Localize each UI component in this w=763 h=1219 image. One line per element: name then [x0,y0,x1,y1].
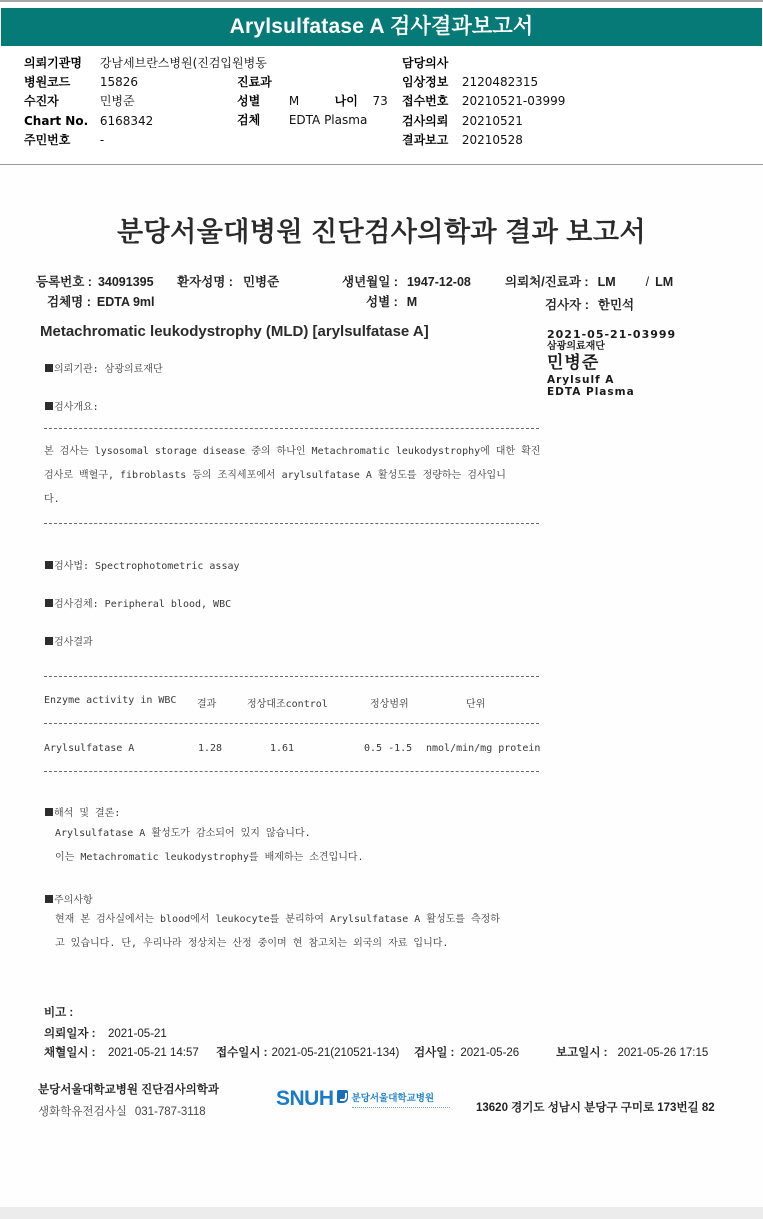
test-date: 검사일 :2021-05-26 [414,1044,519,1060]
separator: / [646,275,649,289]
line: 검사로 백혈구, fibroblasts 등의 조직세포에서 arylsulfa… [44,464,544,488]
summary-department: 진료과 [237,73,289,92]
meta-specimen: 검체명 :EDTA 9ml [47,292,155,310]
logo-subtext [352,1107,450,1109]
line: 본 검사는 lysosomal storage disease 중의 하나인 M… [44,440,544,464]
value: - [100,131,104,150]
bullet-square-icon [45,561,53,569]
phone: 031-787-3118 [135,1106,206,1118]
request-date: 의뢰일자 :2021-05-21 [44,1025,167,1041]
value: 34091395 [98,275,154,289]
label: 담당의사 [402,54,458,73]
meta-department: 의뢰처/진료과 :LM/LM [505,272,673,290]
method: 검사법: Spectrophotometric assay [45,557,240,572]
cell-control: 1.61 [270,743,294,754]
summary-chart-no: Chart No. 6168342 [24,112,153,131]
value: 2021-05-21 14:57 [108,1047,199,1059]
value: 15826 [100,73,138,92]
remarks-label: 비고 : [44,1004,73,1020]
collection-datetime: 채혈일시 :2021-05-21 14:57 [44,1044,199,1060]
snuh-logo: SNUH 분당서울대학교병원 [276,1086,450,1112]
cell-analyte: Arylsulfatase A [44,743,134,754]
label: 성별 : [366,295,398,309]
value: 20210528 [462,131,523,150]
label: 수진자 [24,92,96,111]
text: 13620 경기도 성남시 분당구 구미로 173번길 82 [476,1102,715,1114]
label: 의뢰처/진료과 : [505,275,589,289]
label: 환자성명 : [177,275,233,289]
label: 의뢰기관명 [24,54,96,73]
sticker-test: Arylsulf A [547,374,697,386]
value: EDTA Plasma [289,111,367,130]
value: 2021-05-26 [460,1047,519,1059]
bullet-square-icon [45,808,53,816]
value: 2021-05-21(210521-134) [271,1047,399,1059]
label: 비고 : [44,1007,73,1019]
value: 2021-05-21 [108,1028,167,1040]
value: 20210521-03999 [462,92,566,111]
value: 2120482315 [462,73,538,92]
value: M [289,92,331,111]
report-datetime: 보고일시 :2021-05-26 17:15 [556,1044,708,1060]
col-header: 정상대조control [247,695,328,710]
text: 분당서울대학교병원 진단검사의학과 [38,1084,219,1096]
label: 의뢰일자 : [44,1025,108,1041]
meta-patient-name: 환자성명 :민병준 [177,272,279,290]
caution-heading: 주의사항 [45,891,93,906]
summary-patient: 수진자 민병준 [24,92,135,111]
logo-text: SNUH [276,1087,334,1111]
label: 보고일시 : [556,1047,607,1059]
summary-institution: 의뢰기관명 강남세브란스병원(진검입원병동 [24,54,267,73]
label: 생년월일 : [342,275,398,289]
text: 검사검체: Peripheral blood, WBC [54,599,231,610]
value: 민병준 [100,92,135,111]
bullet-square-icon [45,895,53,903]
value: LM [655,275,673,289]
receipt-datetime: 접수일시 :2021-05-21(210521-134) [216,1044,399,1060]
text: 분당서울대학교병원 [352,1090,450,1104]
value: 1947-12-08 [407,275,471,289]
bullet-square-icon [45,364,53,372]
meta-dob: 생년월일 :1947-12-08 [342,272,471,290]
overview-heading: 검사개요: [45,398,99,413]
line: 이는 Metachromatic leukodystrophy를 배제하는 소견… [55,846,555,870]
bullet-square-icon [45,599,53,607]
summary-sex: 성별 M 나이 73 [237,92,388,111]
text: 주의사항 [54,895,93,906]
interpretation-paragraph: Arylsulfatase A 활성도가 감소되어 있지 않습니다. 이는 Me… [55,822,555,870]
meta-examiner: 검사자 :한민석 [545,295,634,313]
summary-hospital-code: 병원코드 15826 [24,73,138,92]
top-rule [0,0,763,2]
caution-paragraph: 현재 본 검사실에서는 blood에서 leukocyte를 분리하여 Aryl… [55,908,555,956]
summary-accession-no: 접수번호 20210521-03999 [402,92,565,111]
specimen-label-sticker: 2021-05-21-03999 삼광의료재단 민병준 Arylsulf A E… [547,328,697,398]
line: 다. [44,488,544,512]
dashed-divider [44,428,539,429]
logo-hospital-name: 분당서울대학교병원 [352,1090,450,1109]
lab-name: 생화학유전검사실 [38,1106,127,1118]
line: 현재 본 검사실에서는 blood에서 leukocyte를 분리하여 Aryl… [55,908,555,932]
bullet-square-icon [45,637,53,645]
label: 결과보고 [402,131,458,150]
label: 임상정보 [402,73,458,92]
label: 병원코드 [24,73,96,92]
summary-specimen: 검체 EDTA Plasma [237,111,367,130]
text: 의뢰기관: 삼광의료재단 [54,364,163,375]
sticker-accession: 2021-05-21-03999 [547,328,697,341]
label: 검체 [237,111,285,130]
bottom-band [0,1207,763,1219]
results-heading: 검사결과 [45,633,93,648]
value: 20210521 [462,112,523,131]
sample: 검사검체: Peripheral blood, WBC [45,595,231,610]
line: 고 있습니다. 단, 우리나라 정상치는 산정 중이며 현 참고치는 외국의 자… [55,932,555,956]
value: 6168342 [100,112,153,131]
sticker-patient: 민병준 [547,353,697,374]
bullet-square-icon [45,402,53,410]
label: 검사의뢰 [402,112,458,131]
footer-address: 13620 경기도 성남시 분당구 구미로 173번길 82 [476,1099,715,1115]
dashed-divider [44,523,539,524]
line: Arylsulfatase A 활성도가 감소되어 있지 않습니다. [55,822,555,846]
summary-report-date: 결과보고 20210528 [402,131,523,150]
value: LM [598,275,616,289]
text: 검사결과 [54,637,93,648]
footer-department: 분당서울대학교병원 진단검사의학과 [38,1081,219,1097]
meta-sex: 성별 :M [366,292,417,310]
label: 접수번호 [402,92,458,111]
summary-doctor: 담당의사 [402,54,462,73]
label: 접수일시 : [216,1047,267,1059]
text: 검사개요: [54,402,99,413]
summary-resident-no: 주민번호 - [24,131,104,150]
value: 2021-05-26 17:15 [617,1047,708,1059]
age-label: 나이 [335,92,369,111]
text: 검사법: Spectrophotometric assay [54,561,240,572]
col-header: Enzyme activity in WBC [44,695,176,706]
label: 검체명 : [47,295,91,309]
label: Chart No. [24,112,96,131]
requesting-institution: 의뢰기관: 삼광의료재단 [45,360,163,375]
summary-request-date: 검사의뢰 20210521 [402,112,523,131]
label: 채혈일시 : [44,1044,108,1060]
dashed-divider [44,771,539,772]
value: 민병준 [243,275,279,289]
label: 성별 [237,92,285,111]
label: 진료과 [237,73,285,92]
snuh-emblem-icon [337,1090,348,1103]
footer-lab-contact: 생화학유전검사실031-787-3118 [38,1103,206,1119]
value: EDTA 9ml [97,295,155,309]
summary-clinical-info: 임상정보 2120482315 [402,73,538,92]
col-header: 정상범위 [370,695,409,710]
interpretation-heading: 해석 및 결론: [45,804,120,819]
label: 검사자 : [545,298,589,312]
col-header: 결과 [197,695,216,710]
age-value: 73 [372,92,387,111]
overview-paragraph: 본 검사는 lysosomal storage disease 중의 하나인 M… [44,440,544,512]
label: 주민번호 [24,131,96,150]
label: 등록번호 : [36,275,92,289]
value: M [407,295,417,309]
meta-registration-no: 등록번호 :34091395 [36,272,154,290]
value: 강남세브란스병원(진검입원병동 [100,54,267,73]
report-title-bar: Arylsulfatase A 검사결과보고서 [1,8,762,46]
col-header: 단위 [466,695,485,710]
cell-unit: nmol/min/mg protein [426,743,540,754]
dashed-divider [44,676,539,677]
label: 검사일 : [414,1047,454,1059]
test-name: Metachromatic leukodystrophy (MLD) [aryl… [40,323,429,340]
text: 해석 및 결론: [54,808,120,819]
dashed-divider [44,723,539,724]
value: 한민석 [598,298,634,312]
cell-range: 0.5 -1.5 [364,743,412,754]
report-document-title: 분당서울대병원 진단검사의학과 결과 보고서 [0,210,763,249]
cell-result: 1.28 [198,743,222,754]
sticker-lab: 삼광의료재단 [547,341,697,353]
sticker-specimen: EDTA Plasma [547,386,697,398]
